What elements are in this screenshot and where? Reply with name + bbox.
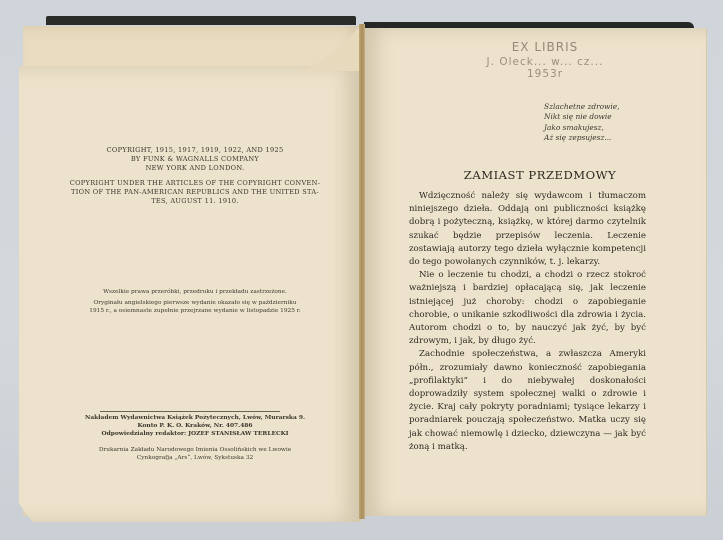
ex-libris-stamp: EX LIBRIS J. Oleck... w... cz... 1953r (470, 40, 620, 80)
book-gutter (359, 24, 365, 519)
printer-line: Cynkografja „Ars“, Lwów, Sykstuska 32 (40, 454, 350, 462)
copyright-notice: COPYRIGHT, 1915, 1917, 1919, 1922, AND 1… (40, 146, 350, 173)
stamp-line: EX LIBRIS (470, 40, 620, 54)
copyright-line: COPYRIGHT, 1915, 1917, 1919, 1922, AND 1… (40, 146, 350, 155)
chapter-heading: ZAMIAST PRZEDMOWY (380, 168, 700, 182)
epigraph-line: Szlachetne zdrowie, (544, 102, 694, 112)
convention-line: TION OF THE PAN-AMERICAN REPUBLICS AND T… (40, 188, 350, 197)
printer-info: Drukarnia Zakładu Narodowego Imienia Oss… (40, 446, 350, 462)
publisher-line: Odpowiedzialny redaktor: JOZEF STANISŁAW… (40, 430, 350, 438)
epigraph-line: Nikt się nie dowie (544, 112, 694, 122)
convention-line: TES, AUGUST 11. 1910. (40, 197, 350, 206)
original-edition-note: Oryginału angielskiego pierwsze wydanie … (40, 299, 350, 315)
publisher-line: Nakładem Wydawnictwa Książek Pożytecznyc… (40, 414, 350, 422)
epigraph: Szlachetne zdrowie, Nikt się nie dowie J… (544, 102, 694, 144)
epigraph-line: Aż się zepsujesz... (544, 133, 694, 143)
rights-reserved: Wszelkie prawa przeróbki, przedruku i pr… (40, 288, 350, 296)
book-cover-top-left (46, 16, 356, 25)
copyright-line: NEW YORK AND LONDON. (40, 164, 350, 173)
edition-line: 1915 r., a osiemnaste zupełnie przejrzan… (40, 307, 350, 315)
stamp-line: J. Oleck... w... cz... 1953r (470, 56, 620, 80)
copyright-line: BY FUNK & WAGNALLS COMPANY (40, 155, 350, 164)
body-text: Wdzięczność należy się wydawcom i tłumac… (409, 190, 646, 454)
copyright-convention-notice: COPYRIGHT UNDER THE ARTICLES OF THE COPY… (40, 179, 350, 206)
paragraph: Wdzięczność należy się wydawcom i tłumac… (409, 190, 646, 269)
printer-line: Drukarnia Zakładu Narodowego Imienia Oss… (40, 446, 350, 454)
publisher-info: Nakładem Wydawnictwa Książek Pożytecznyc… (40, 414, 350, 439)
divider-rule (100, 411, 280, 412)
epigraph-line: Jako smakujesz, (544, 123, 694, 133)
paragraph: Nie o leczenie tu chodzi, a chodzi o rze… (409, 269, 646, 348)
convention-line: COPYRIGHT UNDER THE ARTICLES OF THE COPY… (40, 179, 350, 188)
paragraph: Zachodnie społeczeństwa, a zwłaszcza Ame… (409, 348, 646, 454)
publisher-line: Konto P. K. O. Kraków, Nr. 407.486 (40, 422, 350, 430)
edition-line: Oryginału angielskiego pierwsze wydanie … (40, 299, 350, 307)
